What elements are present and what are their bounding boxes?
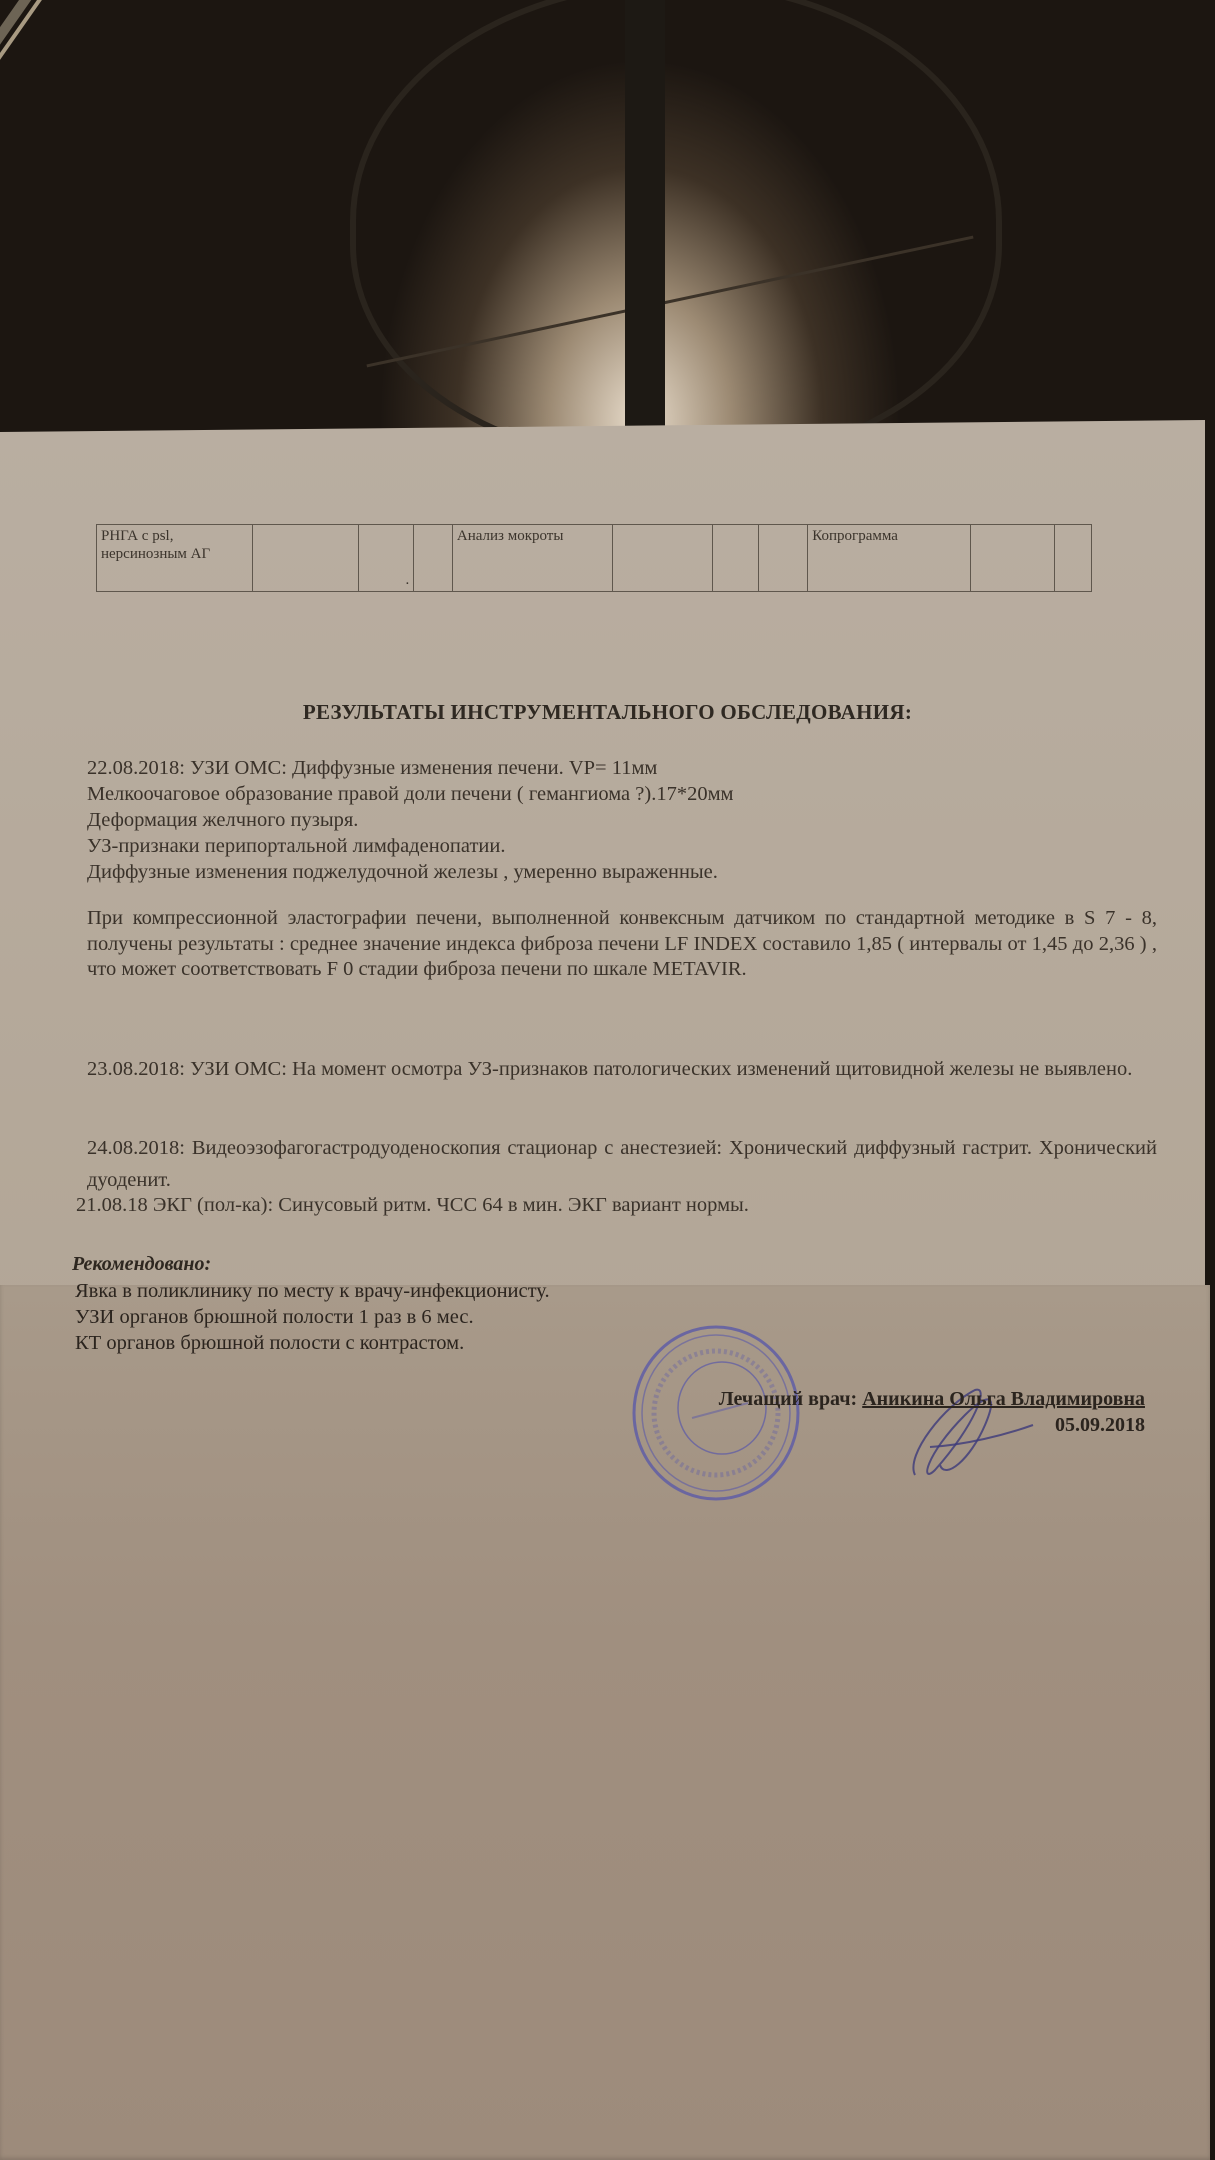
table-cell	[612, 525, 713, 592]
table-cell: РНГА с psl, нерсинозным АГ	[97, 525, 253, 592]
doctor-line: Лечащий врач: Аникина Ольга Владимировна	[719, 1386, 1145, 1412]
recommendation-item: КТ органов брюшной полости с контрастом.	[75, 1330, 550, 1356]
table-cell	[414, 525, 453, 592]
table-cell	[971, 525, 1055, 592]
signature-block: Лечащий врач: Аникина Ольга Владимировна…	[719, 1386, 1145, 1438]
rail-highlight	[0, 0, 153, 112]
recommendations-title: Рекомендовано:	[72, 1253, 211, 1276]
uzi-thyroid-paragraph: 23.08.2018: УЗИ ОМС: На момент осмотра У…	[87, 1054, 1157, 1085]
doctor-name: Аникина Ольга Владимировна	[862, 1388, 1145, 1410]
table-cell-mark: .	[358, 525, 413, 592]
table-cell	[758, 525, 807, 592]
lamp-rod	[625, 0, 665, 440]
lamp-shade	[350, 0, 1002, 460]
table-row: РНГА с psl, нерсинозным АГ . Анализ мокр…	[97, 525, 1092, 592]
lab-table: РНГА с psl, нерсинозным АГ . Анализ мокр…	[96, 524, 1092, 592]
uzi-line: УЗ-признаки перипортальной лимфаденопати…	[87, 833, 1157, 859]
elastography-paragraph: При компрессионной эластографии печени, …	[87, 906, 1157, 983]
uzi-line: 22.08.2018: УЗИ ОМС: Диффузные изменения…	[87, 755, 1157, 781]
uzi-line: Мелкоочаговое образование правой доли пе…	[87, 781, 1157, 807]
recommendation-item: Явка в поликлинику по месту к врачу-инфе…	[75, 1278, 550, 1304]
table-cell: Анализ мокроты	[452, 525, 612, 592]
signature-date: 05.09.2018	[719, 1412, 1145, 1438]
background-lamp-scene	[0, 0, 1215, 460]
uzi-abdomen-block: 22.08.2018: УЗИ ОМС: Диффузные изменения…	[87, 755, 1157, 885]
recommendations-list: Явка в поликлинику по месту к врачу-инфе…	[75, 1278, 550, 1356]
table-cell	[713, 525, 759, 592]
uzi-line: Деформация желчного пузыря.	[87, 807, 1157, 833]
table-cell: Копрограмма	[808, 525, 971, 592]
uzi-line: Диффузные изменения поджелудочной железы…	[87, 859, 1157, 885]
recommendation-item: УЗИ органов брюшной полости 1 раз в 6 ме…	[75, 1304, 550, 1330]
doctor-label: Лечащий врач:	[719, 1388, 857, 1410]
table-cell	[253, 525, 359, 592]
table-cell	[1055, 525, 1092, 592]
ekg-line: 21.08.18 ЭКГ (пол-ка): Синусовый ритм. Ч…	[76, 1192, 1146, 1218]
section-heading: РЕЗУЛЬТАТЫ ИНСТРУМЕНТАЛЬНОГО ОБСЛЕДОВАНИ…	[0, 700, 1215, 725]
egds-paragraph: 24.08.2018: Видеоэзофагогастродуоденоско…	[87, 1132, 1157, 1196]
rail	[0, 0, 173, 76]
